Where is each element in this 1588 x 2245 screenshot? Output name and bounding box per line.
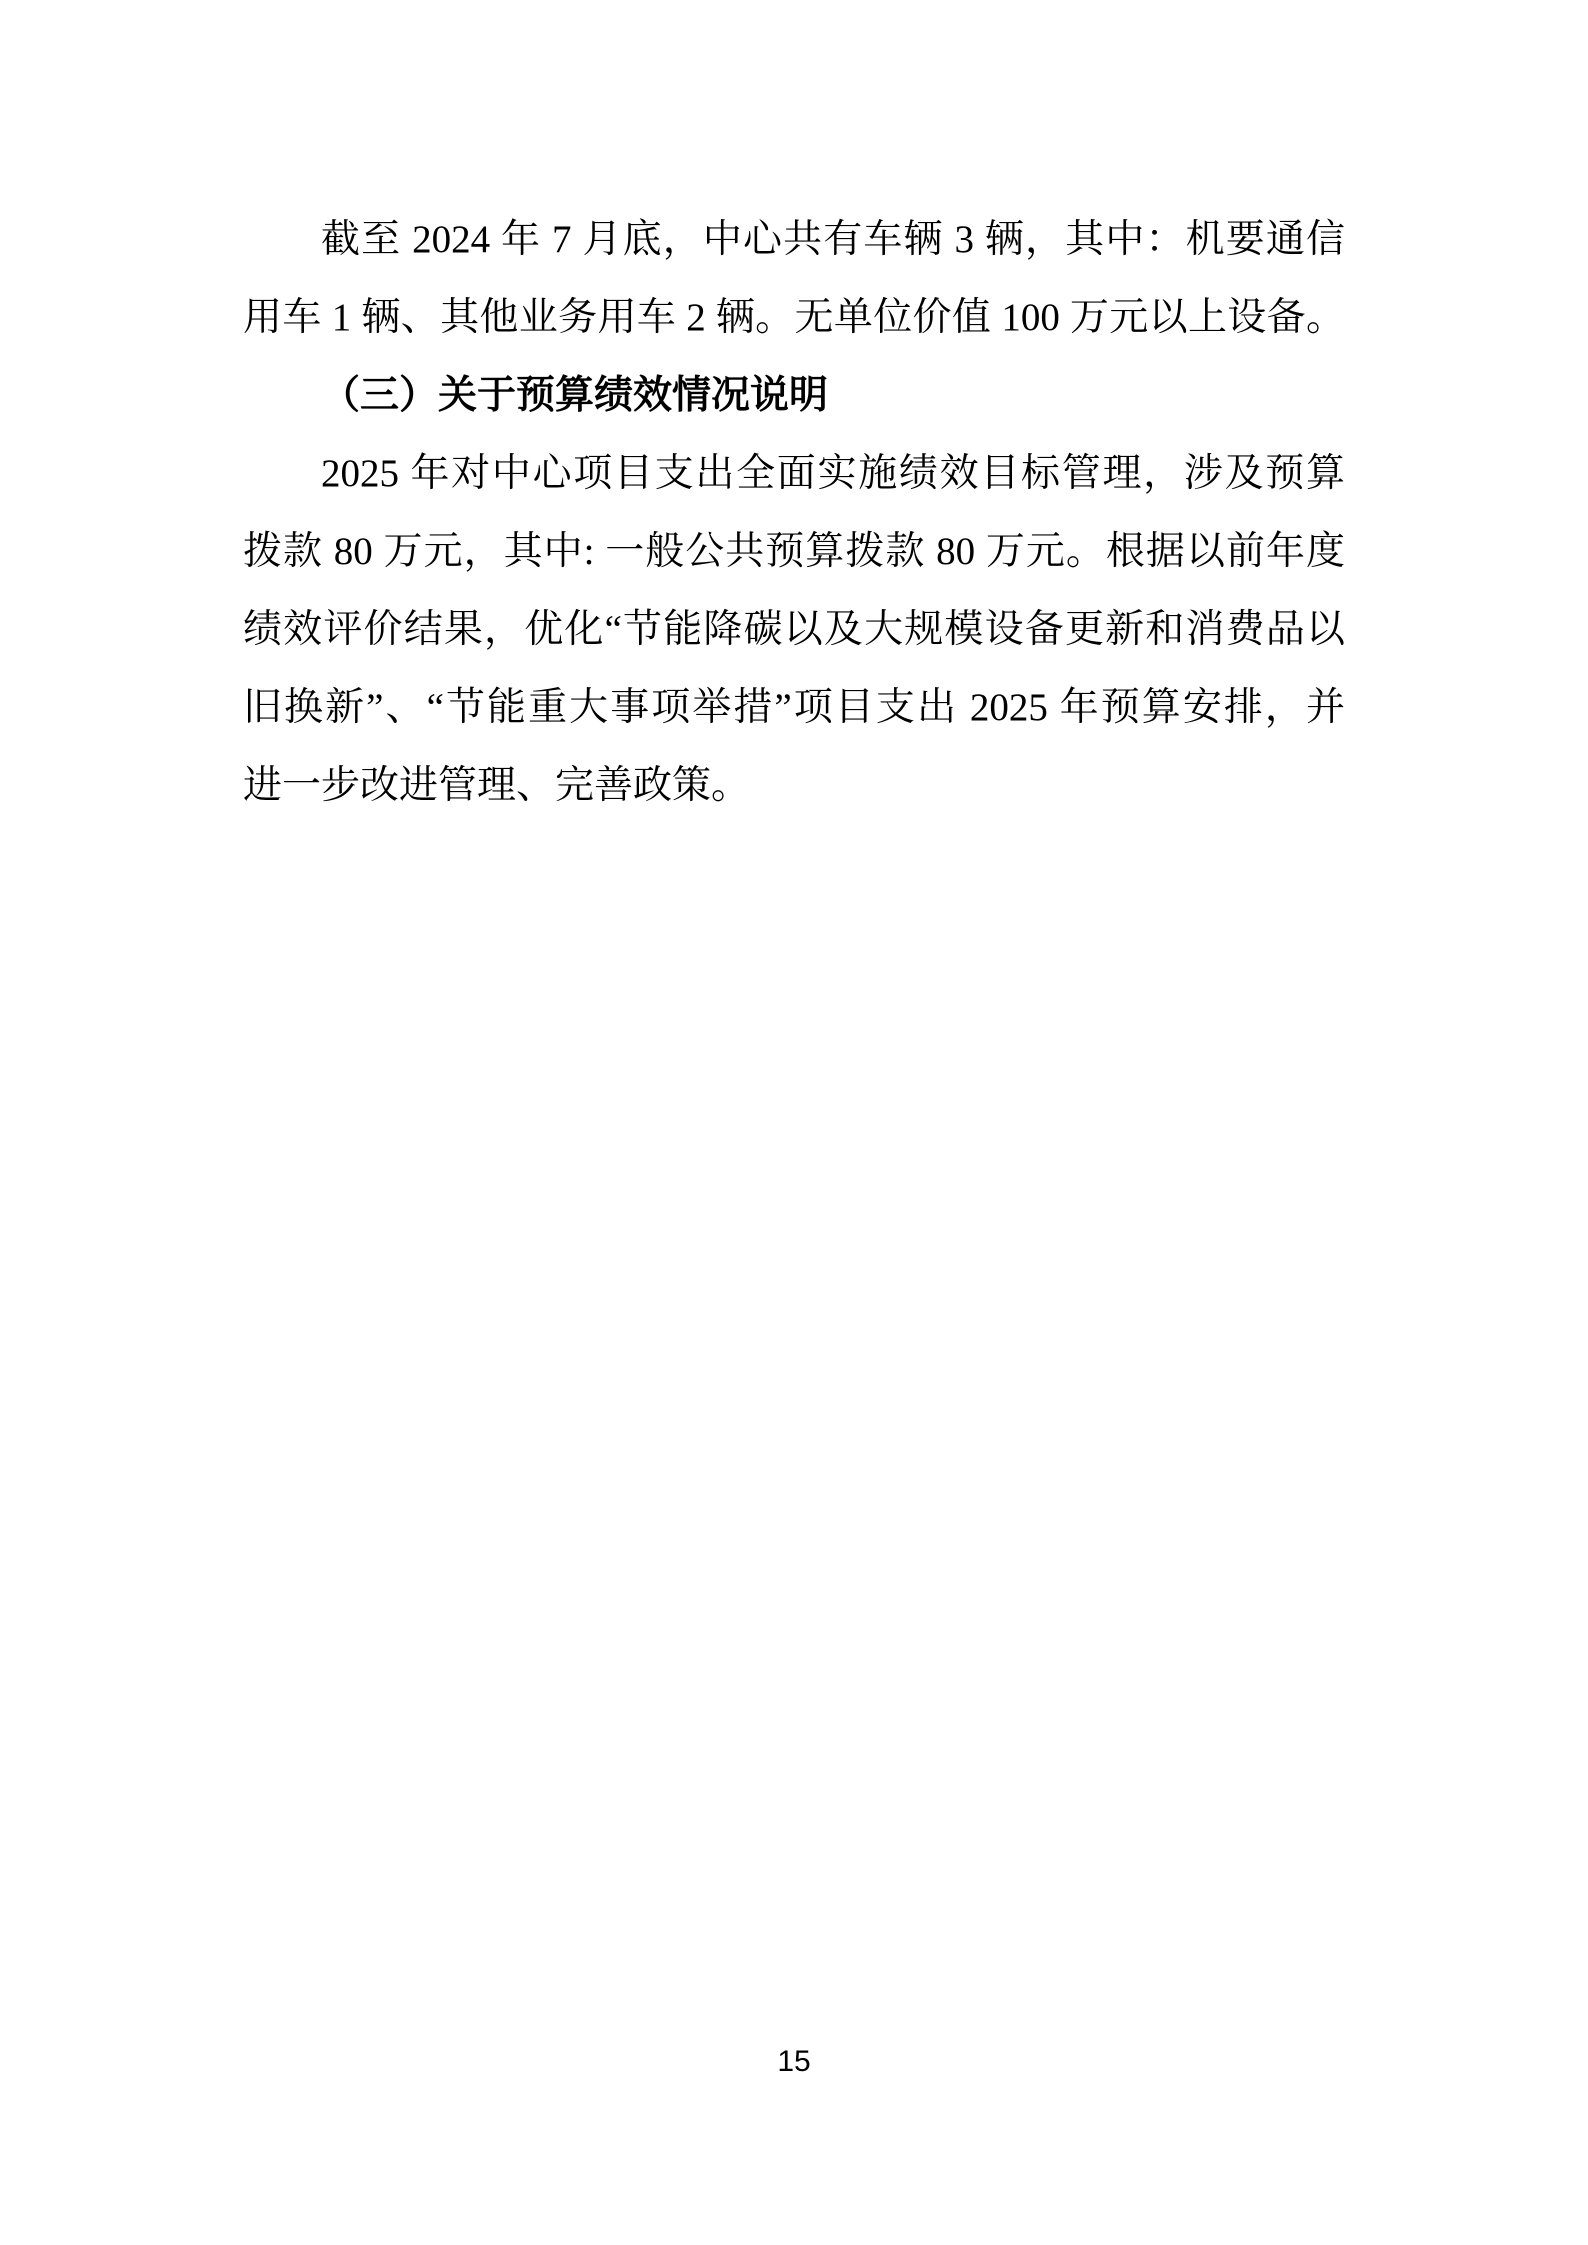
text-line: 绩效评价结果，优化“节能降碳以及大规模设备更新和消费品以 <box>243 591 1345 669</box>
page-number: 15 <box>0 2046 1588 2078</box>
text-line: 旧换新”、“节能重大事项举措”项目支出 2025 年预算安排，并 <box>243 669 1345 747</box>
text-line: 进一步改进管理、完善政策。 <box>243 747 1345 825</box>
text-line: 拨款 80 万元，其中: 一般公共预算拨款 80 万元。根据以前年度 <box>243 513 1345 591</box>
paragraph-vehicles: 截至 2024 年 7 月底，中心共有车辆 3 辆，其中：机要通信 用车 1 辆… <box>243 201 1345 357</box>
document-body: 截至 2024 年 7 月底，中心共有车辆 3 辆，其中：机要通信 用车 1 辆… <box>243 201 1345 825</box>
text-line: 用车 1 辆、其他业务用车 2 辆。无单位价值 100 万元以上设备。 <box>243 279 1345 357</box>
text-line: 截至 2024 年 7 月底，中心共有车辆 3 辆，其中：机要通信 <box>243 201 1345 279</box>
section-heading: （三）关于预算绩效情况说明 <box>243 357 1345 435</box>
text-line: 2025 年对中心项目支出全面实施绩效目标管理，涉及预算 <box>243 435 1345 513</box>
document-page: 截至 2024 年 7 月底，中心共有车辆 3 辆，其中：机要通信 用车 1 辆… <box>0 0 1588 2245</box>
paragraph-performance: 2025 年对中心项目支出全面实施绩效目标管理，涉及预算 拨款 80 万元，其中… <box>243 435 1345 825</box>
